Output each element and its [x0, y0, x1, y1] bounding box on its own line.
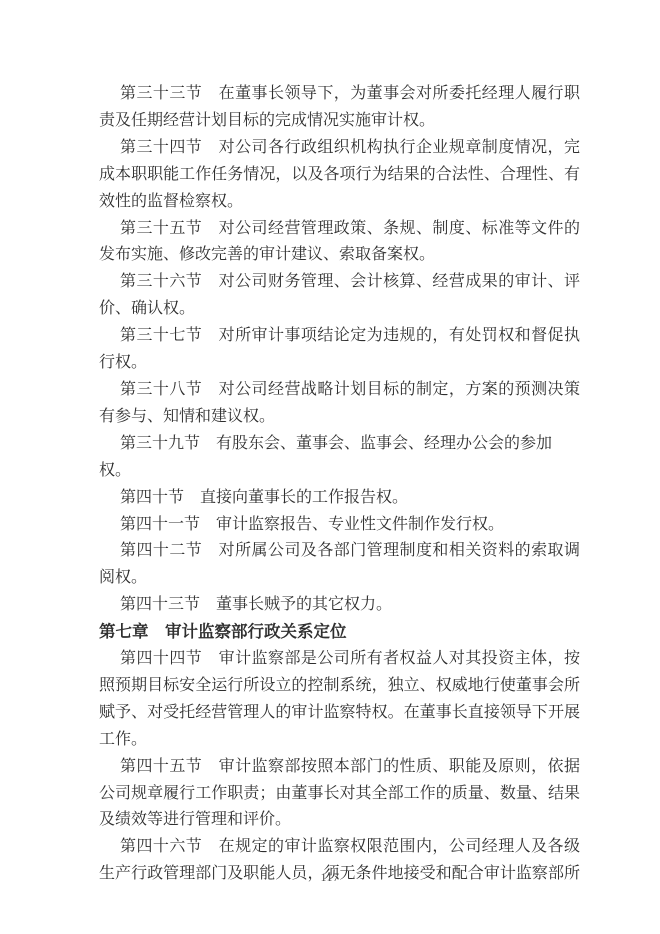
paragraph: 第四十节 直接向董事长的工作报告权。	[99, 485, 580, 512]
document-page: 第三十三节 在董事长领导下，为董事会对所委托经理人履行职责及任期经营计划目标的完…	[0, 0, 660, 934]
page-body: 第三十三节 在董事长领导下，为董事会对所委托经理人履行职责及任期经营计划目标的完…	[99, 81, 580, 888]
paragraph: 第四十四节 审计监察部是公司所有者权益人对其投资主体，按照预期目标安全运行所设立…	[99, 646, 580, 754]
text-line: 第四十四节 审计监察部是公司所有者权益人对其投资主体，按	[99, 646, 580, 673]
text-line: 效性的监督检察权。	[99, 189, 580, 216]
text-line: 行权。	[99, 350, 580, 377]
text-line: 发布实施、修改完善的审计建议、索取备案权。	[99, 242, 580, 269]
page-number: 117	[320, 870, 339, 884]
paragraph: 第三十八节 对公司经营战略计划目标的制定，方案的预测决策有参与、知情和建议权。	[99, 377, 580, 431]
text-line: 第三十三节 在董事长领导下，为董事会对所委托经理人履行职	[99, 81, 580, 108]
text-line: 阅权。	[99, 565, 580, 592]
text-line: 及绩效等进行管理和评价。	[99, 807, 580, 834]
text-line: 第三十五节 对公司经营管理政策、条规、制度、标准等文件的	[99, 216, 580, 243]
paragraph: 第三十四节 对公司各行政组织机构执行企业规章制度情况，完成本职职能工作任务情况，…	[99, 135, 580, 216]
text-line: 第三十九节 有股东会、董事会、监事会、经理办公会的参加权。	[99, 431, 580, 485]
paragraph: 第四十三节 董事长贼予的其它权力。	[99, 592, 580, 619]
text-line: 第四十六节 在规定的审计监察权限范围内，公司经理人及各级	[99, 834, 580, 861]
text-line: 责及任期经营计划目标的完成情况实施审计权。	[99, 108, 580, 135]
text-line: 第四十节 直接向董事长的工作报告权。	[99, 485, 580, 512]
heading-line: 第七章 审计监察部行政关系定位	[99, 619, 580, 646]
text-line: 价、确认权。	[99, 296, 580, 323]
paragraph: 第四十五节 审计监察部按照本部门的性质、职能及原则，依据公司规章履行工作职责；由…	[99, 754, 580, 835]
paragraph: 第三十七节 对所审计事项结论定为违规的，有处罚权和督促执行权。	[99, 323, 580, 377]
paragraph: 第三十五节 对公司经营管理政策、条规、制度、标准等文件的发布实施、修改完善的审计…	[99, 216, 580, 270]
text-line: 第四十五节 审计监察部按照本部门的性质、职能及原则，依据	[99, 754, 580, 781]
text-line: 成本职职能工作任务情况，以及各项行为结果的合法性、合理性、有	[99, 162, 580, 189]
text-line: 第四十二节 对所属公司及各部门管理制度和相关资料的索取调	[99, 538, 580, 565]
text-line: 第三十六节 对公司财务管理、会计核算、经营成果的审计、评	[99, 269, 580, 296]
paragraph: 第三十六节 对公司财务管理、会计核算、经营成果的审计、评价、确认权。	[99, 269, 580, 323]
paragraph: 第四十二节 对所属公司及各部门管理制度和相关资料的索取调阅权。	[99, 538, 580, 592]
paragraph: 第四十一节 审计监察报告、专业性文件制作发行权。	[99, 512, 580, 539]
text-line: 第三十四节 对公司各行政组织机构执行企业规章制度情况，完	[99, 135, 580, 162]
text-line: 第四十一节 审计监察报告、专业性文件制作发行权。	[99, 512, 580, 539]
text-line: 赋予、对受托经营管理人的审计监察特权。在董事长直接领导下开展	[99, 700, 580, 727]
chapter-heading: 第七章 审计监察部行政关系定位	[99, 619, 580, 646]
text-line: 照预期目标安全运行所设立的控制系统，独立、权威地行使董事会所	[99, 673, 580, 700]
paragraph: 第三十九节 有股东会、董事会、监事会、经理办公会的参加权。	[99, 431, 580, 485]
text-line: 第四十三节 董事长贼予的其它权力。	[99, 592, 580, 619]
page-footer: 117	[0, 868, 660, 886]
text-line: 第三十八节 对公司经营战略计划目标的制定，方案的预测决策	[99, 377, 580, 404]
text-line: 有参与、知情和建议权。	[99, 404, 580, 431]
text-line: 工作。	[99, 727, 580, 754]
paragraph: 第三十三节 在董事长领导下，为董事会对所委托经理人履行职责及任期经营计划目标的完…	[99, 81, 580, 135]
text-line: 第三十七节 对所审计事项结论定为违规的，有处罚权和督促执	[99, 323, 580, 350]
text-line: 公司规章履行工作职责；由董事长对其全部工作的质量、数量、结果	[99, 781, 580, 808]
